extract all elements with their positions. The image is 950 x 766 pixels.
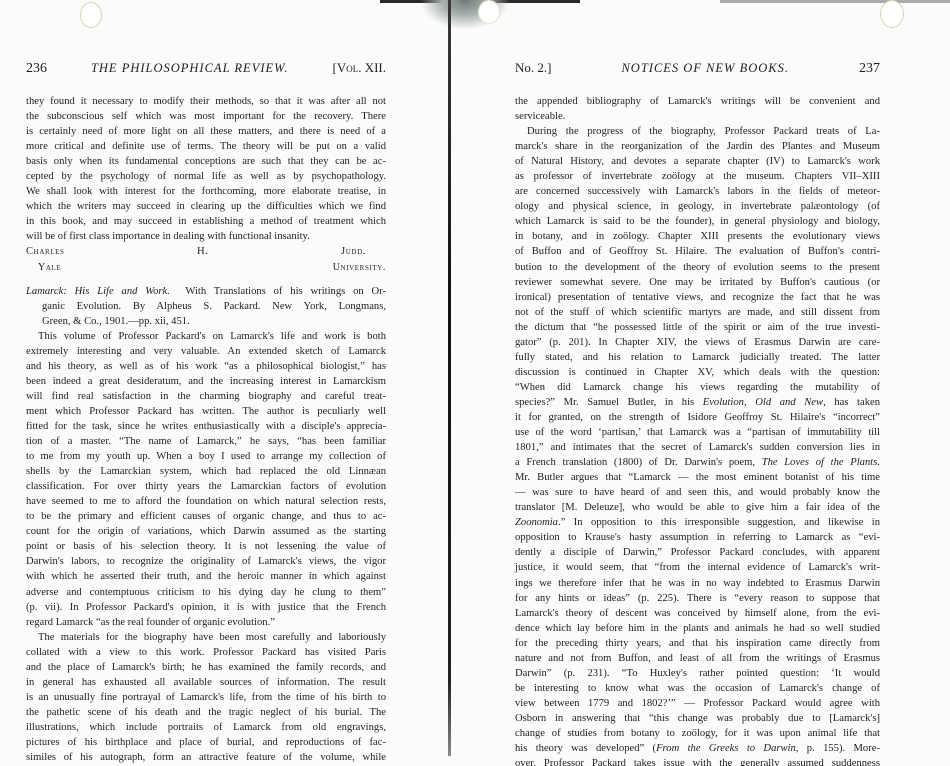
review-heading-line: ganic Evolution. By Alpheus S. Packard. … bbox=[26, 299, 386, 314]
text-line: Darwin's labors, to recognize the origin… bbox=[26, 554, 386, 569]
text-line: will find real satisfaction in the charm… bbox=[26, 389, 386, 404]
text-line: similes of his autograph, form an attrac… bbox=[26, 750, 386, 765]
text-line: nature and not from Buffon, and least of… bbox=[515, 651, 880, 666]
text-line: which the writers may succeed in clearin… bbox=[26, 199, 386, 214]
book-title-evolution: Evolution bbox=[703, 397, 744, 408]
text-line: in botany, and in zoölogy. Chapter XIII … bbox=[515, 229, 880, 244]
text-line: not of the stuff of which scientific mar… bbox=[515, 305, 880, 320]
text-line: a French translation (1800) of Dr. Darwi… bbox=[515, 455, 880, 470]
text-line: Mr. Butler argues that “Lamarck — the mo… bbox=[515, 470, 880, 485]
text-line: to be the primary and efficient causes o… bbox=[26, 509, 386, 524]
text-line: the pathetic scene of his death and the … bbox=[26, 705, 386, 720]
text-line: and his theory, as well as of his work “… bbox=[26, 359, 386, 374]
text-line: bution to the development of the theory … bbox=[515, 260, 880, 275]
reviewer-affiliation: Yale University. bbox=[26, 260, 386, 275]
text-line: During the progress of the biography, Pr… bbox=[515, 124, 880, 139]
text-line: it for granted, on the strength of Isido… bbox=[515, 410, 880, 425]
text-line: count for the origin of variations, whic… bbox=[26, 524, 386, 539]
poem-title: The Loves of the Plants. bbox=[762, 457, 880, 468]
book-title-greeks-to-darwin: From the Greeks to Darwin bbox=[656, 743, 796, 754]
text-line: Osborn in answering that “this change wa… bbox=[515, 711, 880, 726]
text-line: dently a disciple of Darwin,” Professor … bbox=[515, 545, 880, 560]
text-line: “When did Lamarck change his views regar… bbox=[515, 380, 880, 395]
text-line: change of studies from botany to zoölogy… bbox=[515, 726, 880, 741]
text-line: and the place of Lamarck's birth; he has… bbox=[26, 660, 386, 675]
text-line: more critical and definite use of terms.… bbox=[26, 139, 386, 154]
text-line: species?” Mr. Samuel Butler, in his Evol… bbox=[515, 395, 880, 410]
text-line: The materials for the biography have bee… bbox=[26, 630, 386, 645]
text-line: have seemed to me to afford the foundati… bbox=[26, 494, 386, 509]
right-body-text: the appended bibliography of Lamarck's w… bbox=[515, 94, 880, 766]
top-edge-shadow-right bbox=[720, 0, 950, 3]
page-number: 236 bbox=[26, 61, 47, 77]
text-line: basis only when its fundamental concepti… bbox=[26, 154, 386, 169]
text-run: , bbox=[744, 397, 755, 408]
text-line: the subconscious self which was most imp… bbox=[26, 109, 386, 124]
text-line: shells by the Lamarckian system, which h… bbox=[26, 464, 386, 479]
text-line: is certainly need of more light on all t… bbox=[26, 124, 386, 139]
text-line: with which he asserted their truth, and … bbox=[26, 569, 386, 584]
text-line: for any hints or ideas” (p. 225). There … bbox=[515, 591, 880, 606]
text-line: in this book, and may succeed in establi… bbox=[26, 214, 386, 229]
text-line: of Natural History, and devotes a separa… bbox=[515, 154, 880, 169]
book-subtitle: With Translations of his writings on Or- bbox=[185, 286, 386, 297]
book-spine-gutter bbox=[448, 0, 451, 756]
text-line: pictures of his birthplace and place of … bbox=[26, 735, 386, 750]
text-line: be interesting to know what was the occa… bbox=[515, 681, 880, 696]
left-page: 236 THE PHILOSOPHICAL REVIEW. [Vol. XII.… bbox=[26, 60, 386, 765]
text-line: as professor of invertebrate zoölogy at … bbox=[515, 169, 880, 184]
text-line: classification. For over thirty years th… bbox=[26, 479, 386, 494]
text-line: been indeed a great desideratum, and the… bbox=[26, 374, 386, 389]
book-spread: 236 THE PHILOSOPHICAL REVIEW. [Vol. XII.… bbox=[0, 0, 950, 766]
section-title: NOTICES OF NEW BOOKS. bbox=[621, 61, 789, 76]
journal-title: THE PHILOSOPHICAL REVIEW. bbox=[91, 61, 289, 76]
text-line: dence which lay before him in the plants… bbox=[515, 621, 880, 636]
text-line: (p. vii). In Professor Packard's opinion… bbox=[26, 600, 386, 615]
section-gap bbox=[26, 275, 386, 284]
text-line: ings we therefore infer that he was in n… bbox=[515, 576, 880, 591]
text-line: illustrations, which include portraits o… bbox=[26, 720, 386, 735]
text-line: justice, it would seem, that “from the i… bbox=[515, 560, 880, 575]
text-line: regard Lamarck “as the real founder of o… bbox=[26, 615, 386, 630]
text-line: Darwin” (p. 231). “To Huxley's rather po… bbox=[515, 666, 880, 681]
text-line: of Buffon and of Geoffroy St. Hilaire. T… bbox=[515, 244, 880, 259]
text-run: species?” Mr. Samuel Butler, in his bbox=[515, 397, 703, 408]
text-line: use of the word ‘partisan,’ that Lamarck… bbox=[515, 425, 880, 440]
text-line: adverse and contemptuous criticism to hi… bbox=[26, 585, 386, 600]
right-page: No. 2.] NOTICES OF NEW BOOKS. 237 the ap… bbox=[515, 60, 880, 766]
text-line: fitted for the task, since he writes ent… bbox=[26, 419, 386, 434]
text-line: are concerned successively with Lamarck'… bbox=[515, 184, 880, 199]
text-line: for the preceding thirty years, and that… bbox=[515, 636, 880, 651]
text-line: serviceable. bbox=[515, 109, 880, 124]
text-run: , has taken bbox=[823, 397, 880, 408]
text-line: fully stated, and his relation to Lamarc… bbox=[515, 350, 880, 365]
text-line: Zoonomia.” In opposition to this irrespo… bbox=[515, 515, 880, 530]
left-body-text: they found it necessary to modify their … bbox=[26, 94, 386, 765]
text-line: which Lamarck is said to be the founder)… bbox=[515, 214, 880, 229]
text-run: a French translation (1800) of Dr. Darwi… bbox=[515, 457, 762, 468]
text-line: tion of a master. “The name of Lamarck,”… bbox=[26, 434, 386, 449]
book-title-zoonomia: Zoonomia bbox=[515, 517, 558, 528]
text-line: collated with a view to this work. Profe… bbox=[26, 645, 386, 660]
punch-hole-left bbox=[80, 2, 102, 28]
page-number: 237 bbox=[859, 61, 880, 77]
text-line: — was sure to have heard of and seen thi… bbox=[515, 485, 880, 500]
punch-hole-center bbox=[478, 0, 500, 24]
text-line: ment which Professor Packard has written… bbox=[26, 404, 386, 419]
text-line: to me from my youth up. When a boy I use… bbox=[26, 449, 386, 464]
review-heading-line: Lamarck: His Life and Work. With Transla… bbox=[26, 284, 386, 299]
running-head-right: No. 2.] NOTICES OF NEW BOOKS. 237 bbox=[515, 60, 880, 84]
book-title: Lamarck: His Life and Work. bbox=[26, 286, 170, 297]
book-title-old-and-new: Old and New bbox=[755, 397, 823, 408]
text-line: cepted by the psychology of normal life … bbox=[26, 169, 386, 184]
text-run: , p. 155). More- bbox=[796, 743, 880, 754]
reviewer-signature: Charles H. Judd. bbox=[26, 244, 386, 259]
text-line: view between 1779 and 1802?’” — Professo… bbox=[515, 696, 880, 711]
review-heading-line: Green, & Co., 1901.—pp. xii, 451. bbox=[26, 314, 386, 329]
text-line: his theory was developed” (From the Gree… bbox=[515, 741, 880, 756]
text-run: .” In opposition to this irresponsible s… bbox=[558, 517, 880, 528]
text-line: Lamarck's theory of descent was conceive… bbox=[515, 606, 880, 621]
text-line: discussion is continued in Chapter XV, w… bbox=[515, 365, 880, 380]
text-line: the dictum that “he possessed little of … bbox=[515, 320, 880, 335]
text-line: extremely interesting and very valuable.… bbox=[26, 344, 386, 359]
text-line: the appended bibliography of Lamarck's w… bbox=[515, 94, 880, 109]
volume-label: [Vol. XII. bbox=[332, 60, 386, 76]
running-head-left: 236 THE PHILOSOPHICAL REVIEW. [Vol. XII. bbox=[26, 60, 386, 84]
text-line: is an unusually fine portrayal of Lamarc… bbox=[26, 690, 386, 705]
text-line: ironical) presentation of tentative view… bbox=[515, 290, 880, 305]
text-line: will be of first class importance in dea… bbox=[26, 229, 386, 244]
text-line: This volume of Professor Packard's on La… bbox=[26, 329, 386, 344]
text-line: point or basis of his selection theory. … bbox=[26, 539, 386, 554]
text-line: marck's share in the reorganization of t… bbox=[515, 139, 880, 154]
text-line: ology and physical science, in geology, … bbox=[515, 199, 880, 214]
text-line: 1801,” and intimates that the secret of … bbox=[515, 440, 880, 455]
text-line: translator [M. Deleuze], who would be ab… bbox=[515, 500, 880, 515]
text-run: his theory was developed” ( bbox=[515, 743, 656, 754]
text-line: over, Professor Packard takes issue with… bbox=[515, 756, 880, 766]
punch-hole-right bbox=[880, 0, 904, 28]
text-line: gator” (p. 201). In Chapter XIV, the vie… bbox=[515, 335, 880, 350]
text-line: We shall look with interest for the fort… bbox=[26, 184, 386, 199]
text-line: reviewer somewhat severe. One may be irr… bbox=[515, 275, 880, 290]
issue-label: No. 2.] bbox=[515, 60, 551, 76]
text-line: in general has exhausted all available s… bbox=[26, 675, 386, 690]
text-line: they found it necessary to modify their … bbox=[26, 94, 386, 109]
text-line: opposition to Krause's hasty assumption … bbox=[515, 530, 880, 545]
